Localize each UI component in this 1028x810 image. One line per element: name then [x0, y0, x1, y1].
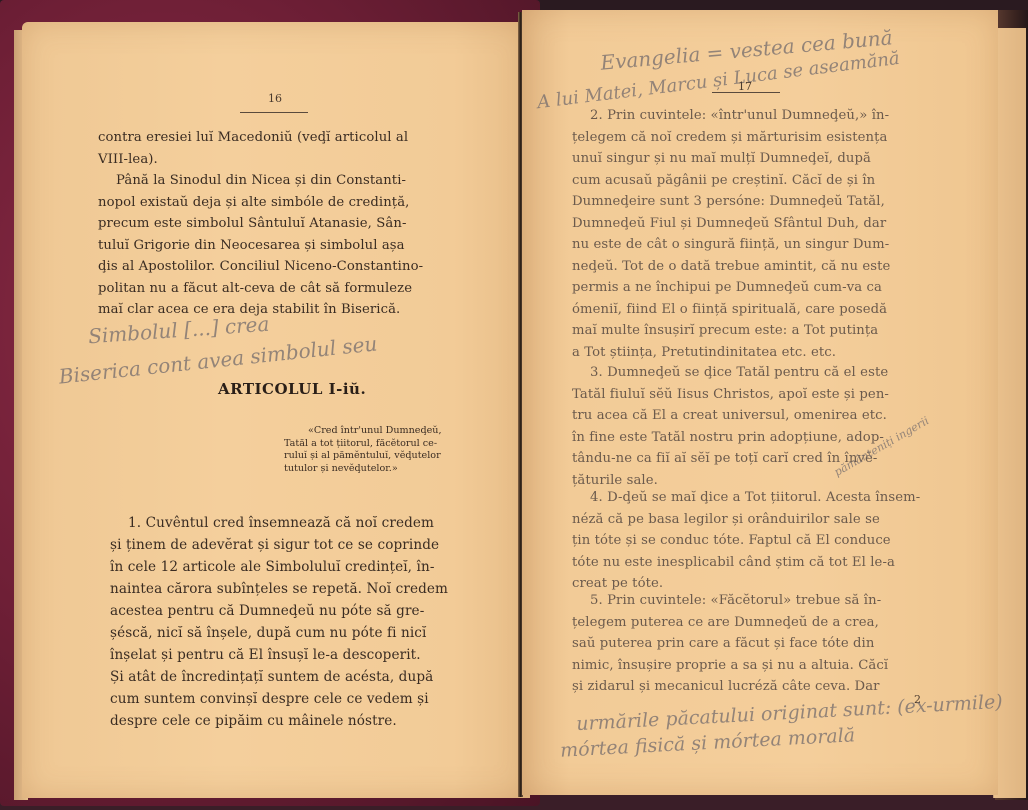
text-line: nimic, însușire proprie a sa și nu a alt…: [572, 655, 972, 677]
text-line: unuĭ singur și nu maĭ mulțĭ Dumneḑeĭ, du…: [572, 148, 972, 170]
text-line: 1. Cuvêntul cred însemnează că noĭ crede…: [110, 512, 500, 534]
text-line: tóte nu este inesplicabil când știm că t…: [572, 552, 972, 574]
section-5-text: 5. Prin cuvintele: «Făcĕtorul» trebue să…: [572, 590, 972, 698]
text-line: țelegem puterea ce are Dumneḑeŭ de a cre…: [572, 612, 972, 634]
text-line: 2. Prin cuvintele: «într'unul Dumneḑeŭ,»…: [572, 105, 972, 127]
page-number-left: 16: [268, 92, 282, 105]
article-1-text: 1. Cuvêntul cred însemnează că noĭ crede…: [110, 512, 500, 732]
text-line: naintea cărora subînțeles se repetă. Noĭ…: [110, 578, 500, 600]
section-4-text: 4. D-ḑeŭ se maĭ ḑice a Tot țiitorul. Ace…: [572, 487, 972, 595]
text-line: contra eresiei luĭ Macedoniŭ (veḑĭ artic…: [98, 127, 498, 149]
text-line: despre cele ce pipăim cu mâinele nóstre.: [110, 710, 500, 732]
text-line: néză că pe basa legilor și orânduirilor …: [572, 509, 972, 531]
text-line: permis a ne închipui pe Dumneḑeŭ cum-va …: [572, 277, 972, 299]
text-line: în cele 12 articole ale Simboluluĭ credi…: [110, 556, 500, 578]
text-line: VIII-lea).: [98, 149, 498, 171]
text-line: precum este simbolul Sântuluĭ Atanasie, …: [98, 213, 498, 235]
text-line: Dumneḑeire sunt 3 persóne: Dumneḑeŭ Tată…: [572, 191, 972, 213]
text-line: acestea pentru că Dumneḑeŭ nu póte să gr…: [110, 600, 500, 622]
text-line: 3. Dumneḑeŭ se ḑice Tatăl pentru că el e…: [572, 362, 972, 384]
text-line: Și atât de încredințațĭ suntem de acésta…: [110, 666, 500, 688]
text-line: neḑeŭ. Tot de o dată trebue amintit, că …: [572, 256, 972, 278]
text-line: înșelat și pentru că El însușĭ le-a desc…: [110, 644, 500, 666]
text-line: țelegem că noĭ credem și mărturisim esis…: [572, 127, 972, 149]
text-line: 5. Prin cuvintele: «Făcĕtorul» trebue să…: [572, 590, 972, 612]
text-line: cum acusaŭ păgânii pe creștinĭ. Căcĭ de …: [572, 170, 972, 192]
text-line: ómeniĭ, fiind El o ființă spirituală, ca…: [572, 299, 972, 321]
text-line: a Tot știința, Pretutindinitatea etc. et…: [572, 342, 972, 364]
text-line: nu este de cât o singură ființă, un sing…: [572, 234, 972, 256]
text-line: Până la Sinodul din Nicea și din Constan…: [98, 170, 498, 192]
text-line: tuluĭ Grigorie din Neocesarea și simbolu…: [98, 235, 498, 257]
epigraph-line: «Cred într'unul Dumneḑeŭ,: [284, 425, 484, 438]
text-line: saŭ puterea prin care a făcut și face tó…: [572, 633, 972, 655]
epigraph-line: tutulor și nevĕḑutelor.»: [284, 463, 484, 476]
text-line: cum suntem convinșĭ despre cele ce vedem…: [110, 688, 500, 710]
text-line: Dumneḑeŭ Fiul și Dumneḑeŭ Sfântul Duh, d…: [572, 213, 972, 235]
text-line: nopol existaŭ deja și alte simbóle de cr…: [98, 192, 498, 214]
creed-epigraph: «Cred într'unul Dumneḑeŭ, Tatăl a tot ți…: [284, 425, 484, 475]
text-line: ḑis al Apostolilor. Conciliul Niceno-Con…: [98, 256, 498, 278]
article-heading: ARTICOLUL I-iŭ.: [218, 380, 366, 398]
epigraph-line: ruluĭ și al pămĕntuluĭ, vĕḑutelor: [284, 450, 484, 463]
text-line: maĭ clar acea ce era deja stabilit în Bi…: [98, 299, 498, 321]
text-line: și ținem de adevĕrat și sigur tot ce se …: [110, 534, 500, 556]
folio-rule-right: [712, 92, 780, 93]
epigraph-line: Tatăl a tot țiitorul, făcĕtorul ce-: [284, 438, 484, 451]
text-line: țin tóte și se conduc tóte. Faptul că El…: [572, 530, 972, 552]
text-line: și zidarul și mecanicul lucréză câte cev…: [572, 676, 972, 698]
text-line: 4. D-ḑeŭ se maĭ ḑice a Tot țiitorul. Ace…: [572, 487, 972, 509]
section-2-text: 2. Prin cuvintele: «într'unul Dumneḑeŭ,»…: [572, 105, 972, 363]
text-line: maĭ multe însușirĭ precum este: a Tot pu…: [572, 320, 972, 342]
text-line: șéscă, nicĭ să înșele, după cum nu póte …: [110, 622, 500, 644]
text-line: Tatăl fiuluĭ sĕŭ Iisus Christos, apoĭ es…: [572, 384, 972, 406]
folio-rule-left: [240, 112, 308, 113]
text-line: tându-ne ca fiĭ aĭ sĕĭ pe toțĭ carĭ cred…: [572, 448, 972, 470]
text-line: politan nu a făcut alt-ceva de cât să fo…: [98, 278, 498, 300]
left-page-intro-text: contra eresiei luĭ Macedoniŭ (veḑĭ artic…: [98, 127, 498, 321]
